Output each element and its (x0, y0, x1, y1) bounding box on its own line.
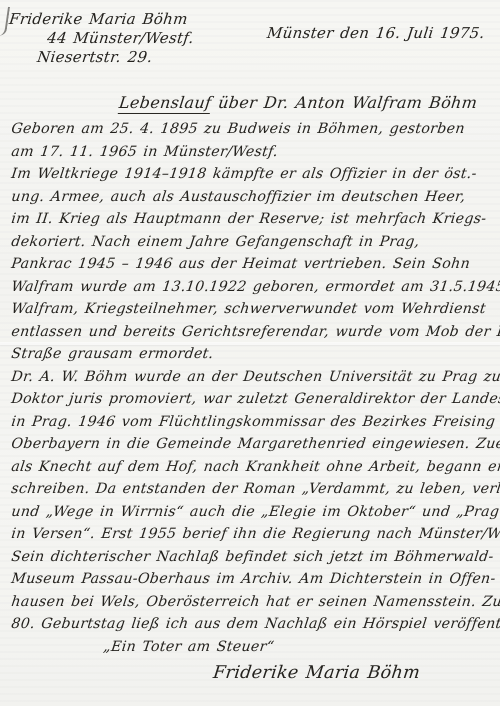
handwritten-line: 80. Geburtstag ließ ich aus dem Nachlaß … (10, 613, 496, 636)
letter-body: Geboren am 25. 4. 1895 zu Budweis in Böh… (10, 118, 496, 658)
sender-name: Friderike Maria Böhm (8, 10, 193, 29)
handwritten-line: Walfram wurde am 13.10.1922 geboren, erm… (10, 276, 496, 299)
handwritten-line: am 17. 11. 1965 in Münster/Westf. (10, 141, 496, 164)
handwritten-line: Walfram, Kriegsteilnehmer, schwerverwund… (10, 298, 496, 321)
handwritten-line: als Knecht auf dem Hof, nach Krankheit o… (10, 456, 496, 479)
sender-address-block: Friderike Maria Böhm 44 Münster/Westf. N… (8, 10, 193, 67)
handwritten-line: hausen bei Wels, Oberösterreich hat er s… (10, 591, 496, 614)
title-rest: über Dr. Anton Walfram Böhm (210, 93, 478, 112)
handwritten-line: in Versen“. Erst 1955 berief ihn die Reg… (10, 523, 496, 546)
document-title: Lebenslauf über Dr. Anton Walfram Böhm (118, 93, 476, 112)
handwritten-line: Oberbayern in die Gemeinde Margarethenri… (10, 433, 496, 456)
handwritten-line: schreiben. Da entstanden der Roman „Verd… (10, 478, 496, 501)
handwritten-line: Im Weltkriege 1914–1918 kämpfte er als O… (10, 163, 496, 186)
handwritten-line: Pankrac 1945 – 1946 aus der Heimat vertr… (10, 253, 496, 276)
handwritten-line: dekoriert. Nach einem Jahre Gefangenscha… (10, 231, 496, 254)
handwritten-line: in Prag. 1946 vom Flüchtlingskommissar d… (10, 411, 496, 434)
sender-city: 44 Münster/Westf. (46, 29, 193, 48)
letter-page: Friderike Maria Böhm 44 Münster/Westf. N… (0, 0, 500, 706)
sender-street: Niesertstr. 29. (36, 48, 193, 67)
handwritten-line: Geboren am 25. 4. 1895 zu Budweis in Böh… (10, 118, 496, 141)
signature: Friderike Maria Böhm (212, 663, 419, 683)
hoerspiel-title-quote: „Ein Toter am Steuer“ (102, 636, 496, 659)
dateline: Münster den 16. Juli 1975. (266, 24, 484, 42)
handwritten-line: Dr. A. W. Böhm wurde an der Deutschen Un… (10, 366, 496, 389)
handwritten-line: Museum Passau-Oberhaus im Archiv. Am Dic… (10, 568, 496, 591)
handwritten-line: entlassen und bereits Gerichtsreferendar… (10, 321, 496, 344)
handwritten-line: Straße grausam ermordet. (10, 343, 496, 366)
handwritten-line: Doktor juris promoviert, war zuletzt Gen… (10, 388, 496, 411)
handwritten-line: im II. Krieg als Hauptmann der Reserve; … (10, 208, 496, 231)
handwritten-line: Sein dichterischer Nachlaß befindet sich… (10, 546, 496, 569)
title-underlined-word: Lebenslauf (118, 93, 213, 114)
handwritten-line: und „Wege in Wirrnis“ auch die „Elegie i… (10, 501, 496, 524)
handwritten-line: ung. Armee, auch als Austauschoffizier i… (10, 186, 496, 209)
